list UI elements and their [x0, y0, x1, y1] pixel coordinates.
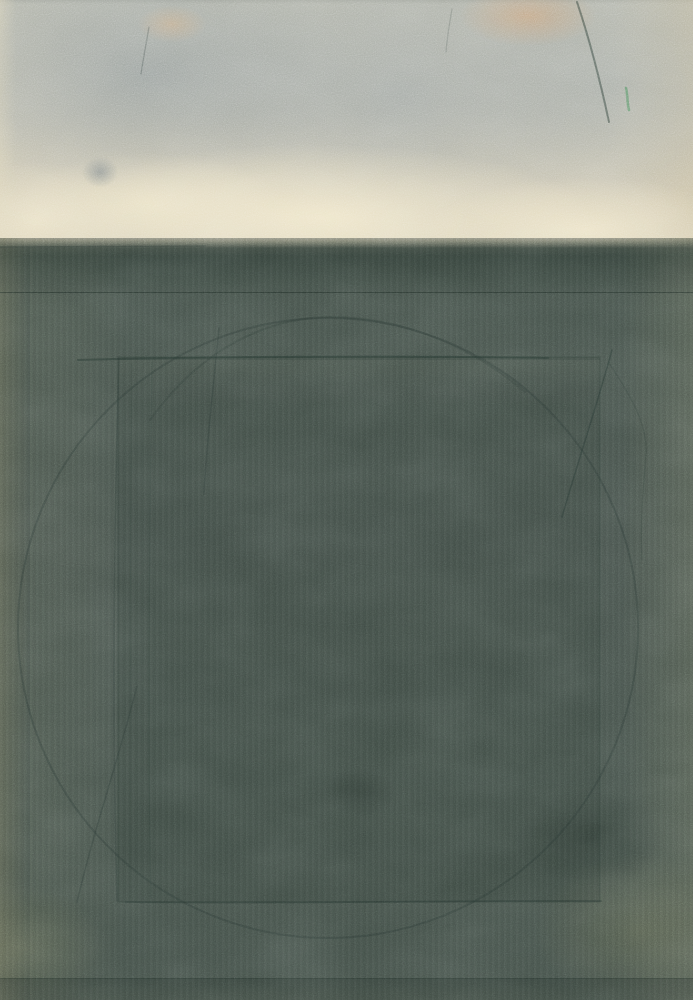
pencil-inner-vertical-1: [149, 362, 152, 898]
green-fleck-mark: [626, 88, 629, 110]
pencil-square: [118, 357, 600, 902]
pencil-drawing-layer: Abstract mixed-media artwork: a pale mot…: [0, 0, 693, 1000]
pencil-circle-top-overdraw: [150, 317, 525, 420]
scratch-lower-left: [77, 686, 137, 902]
sky-tick-mark-2: [446, 9, 452, 52]
pencil-circle: [18, 318, 638, 938]
pencil-inner-vertical-2: [130, 363, 132, 899]
pencil-slant-mark: [204, 328, 219, 494]
abstract-artwork: Abstract mixed-media artwork: a pale mot…: [0, 0, 693, 1000]
scratch-sky-diagonal: [577, 2, 609, 122]
horizon-pencil-stub: [0, 246, 205, 247]
scratch-right-crack: [609, 363, 646, 560]
sky-tick-mark-1: [141, 27, 149, 74]
